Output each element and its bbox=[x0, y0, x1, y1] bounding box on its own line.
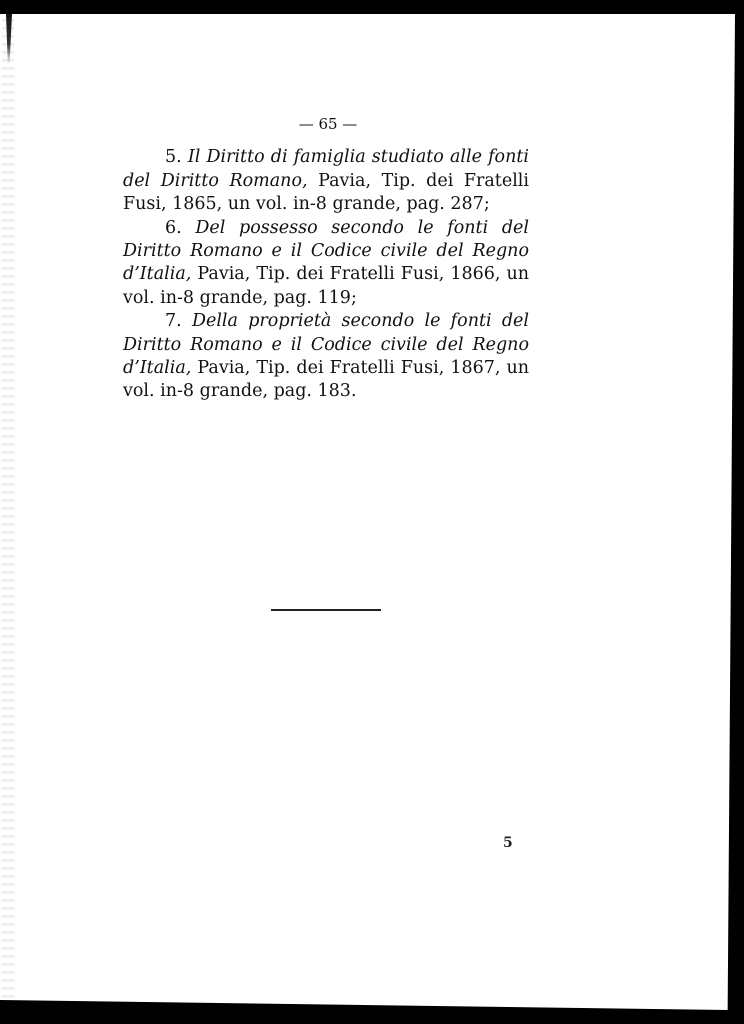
signature-mark: 5 bbox=[503, 835, 513, 851]
bibliography-entry-7: 7. Della proprietà secondo le fonti del … bbox=[123, 310, 529, 404]
entry-number: 7. bbox=[165, 311, 182, 331]
page-text-block: — 65 — 5. Il Diritto di famiglia studiat… bbox=[123, 113, 529, 404]
entry-number: 5. bbox=[165, 147, 182, 167]
section-divider-rule bbox=[271, 609, 381, 611]
bibliography-entry-5: 5. Il Diritto di famiglia studiato alle … bbox=[123, 146, 529, 216]
page-number: — 65 — bbox=[123, 113, 529, 136]
bibliography-entry-6: 6. Del possesso secondo le fonti del Dir… bbox=[123, 217, 529, 311]
page-binding-edge bbox=[2, 14, 14, 1010]
entry-number: 6. bbox=[165, 218, 182, 238]
